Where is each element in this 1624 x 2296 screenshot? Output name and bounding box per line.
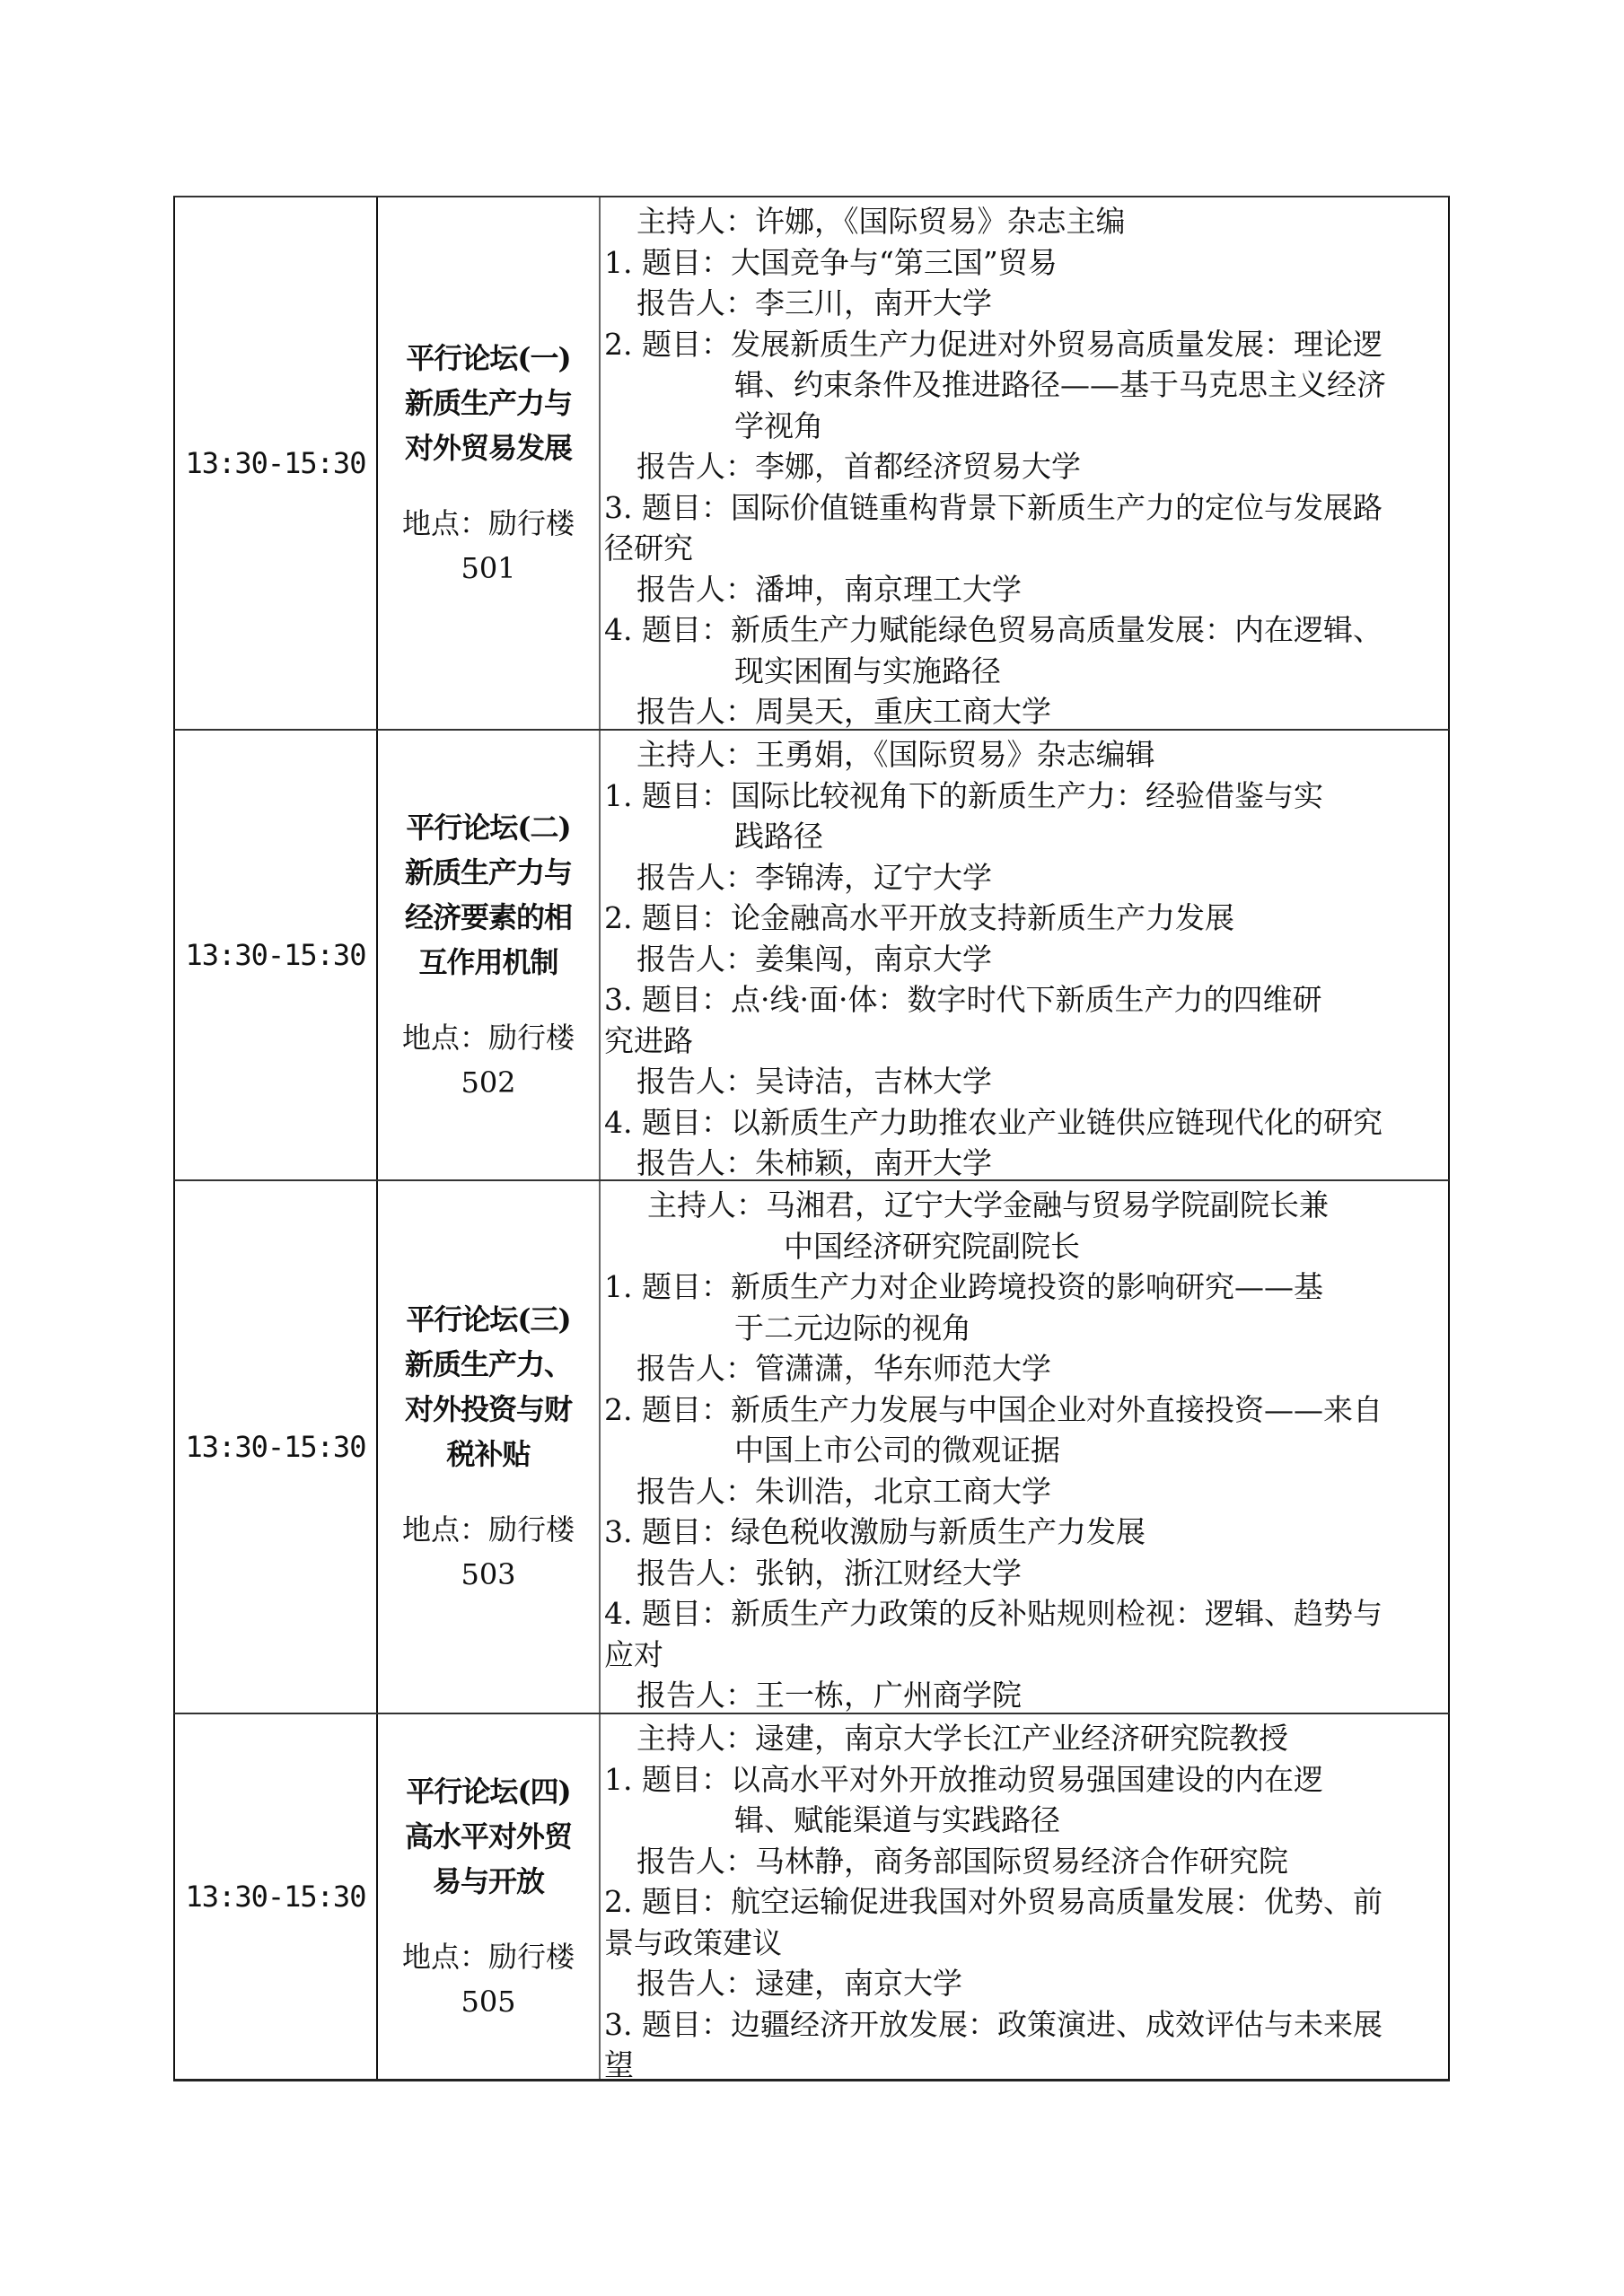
topic-line: 3. 题目：点·线·面·体：数字时代下新质生产力的四维研 <box>604 979 1448 1021</box>
presenter-line: 报告人：李锦涛，辽宁大学 <box>604 857 1448 898</box>
topic-line: 2. 题目：论金融高水平开放支持新质生产力发展 <box>604 898 1448 939</box>
schedule-table: 13:30-15:30平行论坛(一)新质生产力与对外贸易发展地点：励行楼501主… <box>173 196 1450 2081</box>
topic-line: 4. 题目：以新质生产力助推农业产业链供应链现代化的研究 <box>604 1102 1448 1144</box>
forum-location: 地点：励行楼503 <box>402 1507 575 1597</box>
presenter-line: 报告人：李娜，首都经济贸易大学 <box>604 446 1448 487</box>
program-cell: 主持人：许娜，《国际贸易》杂志主编1. 题目：大国竞争与“第三国”贸易报告人：李… <box>601 197 1448 729</box>
forum-cell: 平行论坛(一)新质生产力与对外贸易发展地点：励行楼501 <box>378 197 601 729</box>
location-line: 地点：励行楼 <box>402 1507 575 1552</box>
presenter-line: 报告人：逯建，南京大学 <box>604 1963 1448 2004</box>
location-line: 505 <box>402 1979 575 2024</box>
forum-title-line: 新质生产力与 <box>405 850 572 895</box>
time-cell: 13:30-15:30 <box>175 731 378 1179</box>
forum-title-line: 经济要素的相 <box>405 895 572 940</box>
location-line: 地点：励行楼 <box>402 1934 575 1979</box>
topic-line: 1. 题目：大国竞争与“第三国”贸易 <box>604 242 1448 284</box>
topic-line: 中国上市公司的微观证据 <box>604 1430 1448 1471</box>
location-line: 501 <box>402 546 575 591</box>
schedule-row: 13:30-15:30平行论坛(二)新质生产力与经济要素的相互作用机制地点：励行… <box>173 729 1450 1179</box>
forum-title-line: 平行论坛(四) <box>405 1769 572 1814</box>
forum-cell: 平行论坛(二)新质生产力与经济要素的相互作用机制地点：励行楼502 <box>378 731 601 1179</box>
forum-title-line: 高水平对外贸 <box>405 1814 572 1859</box>
presenter-line: 报告人：王一栋，广州商学院 <box>604 1675 1448 1716</box>
program-cell: 主持人：逯建，南京大学长江产业经济研究院教授1. 题目：以高水平对外开放推动贸易… <box>601 1714 1448 2079</box>
presenter-line: 报告人：马林静，商务部国际贸易经济合作研究院 <box>604 1841 1448 1882</box>
topic-line: 径研究 <box>604 528 1448 569</box>
topic-line: 学视角 <box>604 406 1448 447</box>
topic-line: 辑、赋能渠道与实践路径 <box>604 1800 1448 1841</box>
forum-title-line: 易与开放 <box>405 1859 572 1904</box>
forum-location: 地点：励行楼501 <box>402 501 575 591</box>
presenter-line: 报告人：张钠，浙江财经大学 <box>604 1553 1448 1594</box>
topic-line: 2. 题目：航空运输促进我国对外贸易高质量发展：优势、前 <box>604 1881 1448 1923</box>
topic-line: 于二元边际的视角 <box>604 1308 1448 1349</box>
topic-line: 景与政策建议 <box>604 1923 1448 1964</box>
forum-cell: 平行论坛(三)新质生产力、对外投资与财税补贴地点：励行楼503 <box>378 1181 601 1713</box>
presenter-line: 报告人：朱训浩，北京工商大学 <box>604 1471 1448 1512</box>
topic-line: 3. 题目：国际价值链重构背景下新质生产力的定位与发展路 <box>604 487 1448 529</box>
forum-title-line: 平行论坛(二) <box>405 805 572 850</box>
time-cell: 13:30-15:30 <box>175 1714 378 2079</box>
topic-line: 1. 题目：国际比较视角下的新质生产力：经验借鉴与实 <box>604 776 1448 817</box>
location-line: 地点：励行楼 <box>402 1015 575 1060</box>
forum-title: 平行论坛(一)新质生产力与对外贸易发展 <box>405 336 572 470</box>
forum-title-line: 对外投资与财 <box>405 1387 572 1432</box>
forum-title-line: 对外贸易发展 <box>405 425 572 470</box>
topic-line: 究进路 <box>604 1021 1448 1062</box>
forum-title: 平行论坛(四)高水平对外贸易与开放 <box>405 1769 572 1904</box>
time-cell: 13:30-15:30 <box>175 1181 378 1713</box>
forum-title-line: 平行论坛(一) <box>405 336 572 381</box>
presenter-line: 报告人：姜集闯，南京大学 <box>604 939 1448 980</box>
topic-line: 应对 <box>604 1634 1448 1676</box>
forum-title-line: 新质生产力、 <box>405 1342 572 1387</box>
topic-line: 2. 题目：发展新质生产力促进对外贸易高质量发展：理论逻 <box>604 324 1448 365</box>
topic-line: 4. 题目：新质生产力政策的反补贴规则检视：逻辑、趋势与 <box>604 1593 1448 1634</box>
location-line: 502 <box>402 1060 575 1105</box>
topic-line: 3. 题目：绿色税收激励与新质生产力发展 <box>604 1512 1448 1553</box>
topic-line: 1. 题目：新质生产力对企业跨境投资的影响研究——基 <box>604 1266 1448 1308</box>
topic-line: 4. 题目：新质生产力赋能绿色贸易高质量发展：内在逻辑、 <box>604 609 1448 651</box>
presenter-line: 报告人：潘坤，南京理工大学 <box>604 569 1448 610</box>
forum-title: 平行论坛(三)新质生产力、对外投资与财税补贴 <box>405 1297 572 1477</box>
presenter-line: 报告人：管潇潇，华东师范大学 <box>604 1348 1448 1389</box>
time-cell: 13:30-15:30 <box>175 197 378 729</box>
presenter-line: 报告人：朱柿颖，南开大学 <box>604 1143 1448 1184</box>
location-line: 地点：励行楼 <box>402 501 575 546</box>
presenter-line: 报告人：吴诗洁，吉林大学 <box>604 1061 1448 1102</box>
schedule-row: 13:30-15:30平行论坛(三)新质生产力、对外投资与财税补贴地点：励行楼5… <box>173 1179 1450 1713</box>
program-cell: 主持人：马湘君，辽宁大学金融与贸易学院副院长兼中国经济研究院副院长1. 题目：新… <box>601 1181 1448 1713</box>
host-line: 主持人：逯建，南京大学长江产业经济研究院教授 <box>604 1718 1448 1759</box>
schedule-row: 13:30-15:30平行论坛(一)新质生产力与对外贸易发展地点：励行楼501主… <box>173 196 1450 729</box>
forum-location: 地点：励行楼502 <box>402 1015 575 1105</box>
presenter-line: 报告人：周昊天，重庆工商大学 <box>604 691 1448 732</box>
host-line: 主持人：许娜，《国际贸易》杂志主编 <box>604 201 1448 242</box>
topic-line: 望 <box>604 2045 1448 2086</box>
topic-line: 现实困囿与实施路径 <box>604 651 1448 692</box>
topic-line: 3. 题目：边疆经济开放发展：政策演进、成效评估与未来展 <box>604 2004 1448 2046</box>
forum-title-line: 税补贴 <box>405 1432 572 1477</box>
forum-title-line: 新质生产力与 <box>405 381 572 425</box>
schedule-row: 13:30-15:30平行论坛(四)高水平对外贸易与开放地点：励行楼505主持人… <box>173 1713 1450 2081</box>
forum-title-line: 互作用机制 <box>405 940 572 985</box>
host-line: 主持人：王勇娟，《国际贸易》杂志编辑 <box>604 734 1448 776</box>
topic-line: 辑、约束条件及推进路径——基于马克思主义经济 <box>604 364 1448 406</box>
location-line: 503 <box>402 1552 575 1597</box>
forum-title: 平行论坛(二)新质生产力与经济要素的相互作用机制 <box>405 805 572 985</box>
forum-title-line: 平行论坛(三) <box>405 1297 572 1342</box>
topic-line: 中国经济研究院副院长 <box>604 1226 1448 1267</box>
topic-line: 践路径 <box>604 816 1448 857</box>
topic-line: 2. 题目：新质生产力发展与中国企业对外直接投资——来自 <box>604 1389 1448 1431</box>
forum-cell: 平行论坛(四)高水平对外贸易与开放地点：励行楼505 <box>378 1714 601 2079</box>
topic-line: 1. 题目：以高水平对外开放推动贸易强国建设的内在逻 <box>604 1759 1448 1801</box>
forum-location: 地点：励行楼505 <box>402 1934 575 2024</box>
program-cell: 主持人：王勇娟，《国际贸易》杂志编辑1. 题目：国际比较视角下的新质生产力：经验… <box>601 731 1448 1179</box>
presenter-line: 报告人：李三川，南开大学 <box>604 283 1448 324</box>
host-line: 主持人：马湘君，辽宁大学金融与贸易学院副院长兼 <box>604 1185 1448 1226</box>
